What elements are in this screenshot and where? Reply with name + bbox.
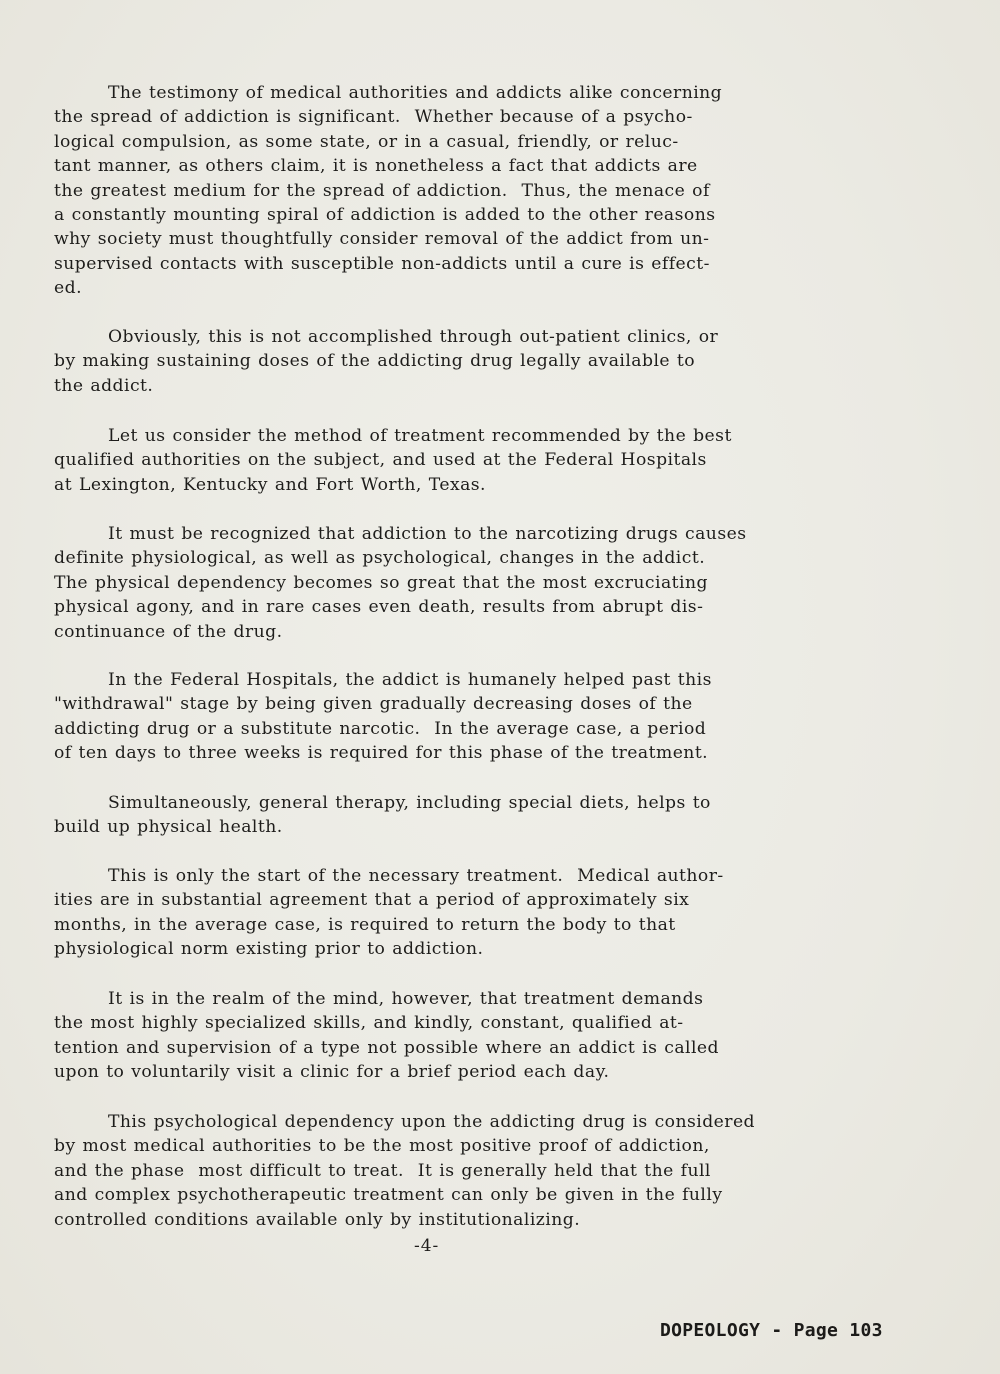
text-line: continuance of the drug. [54, 620, 747, 644]
text-line: tant manner, as others claim, it is none… [54, 154, 722, 178]
text-line: the greatest medium for the spread of ad… [54, 179, 722, 203]
text-line: at Lexington, Kentucky and Fort Worth, T… [54, 473, 732, 497]
text-line: the spread of addiction is significant. … [54, 105, 722, 129]
text-line: Simultaneously, general therapy, includi… [54, 791, 711, 815]
text-line: It must be recognized that addiction to … [54, 522, 747, 546]
text-line: the addict. [54, 374, 718, 398]
text-line: months, in the average case, is required… [54, 913, 724, 937]
text-line: ities are in substantial agreement that … [54, 888, 724, 912]
text-line: This is only the start of the necessary … [54, 864, 724, 888]
footer-title: DOPEOLOGY - Page 103 [660, 1320, 883, 1341]
text-line: It is in the realm of the mind, however,… [54, 987, 719, 1011]
text-line: logical compulsion, as some state, or in… [54, 130, 722, 154]
paragraph-6: Simultaneously, general therapy, includi… [54, 791, 711, 840]
text-line: upon to voluntarily visit a clinic for a… [54, 1060, 719, 1084]
text-line: a constantly mounting spiral of addictio… [54, 203, 722, 227]
text-line: of ten days to three weeks is required f… [54, 741, 712, 765]
text-line: The physical dependency becomes so great… [54, 571, 747, 595]
text-line: Obviously, this is not accomplished thro… [54, 325, 718, 349]
text-line: why society must thoughtfully consider r… [54, 227, 722, 251]
text-line: the most highly specialized skills, and … [54, 1011, 719, 1035]
text-line: ed. [54, 276, 722, 300]
text-line: addicting drug or a substitute narcotic.… [54, 717, 712, 741]
paragraph-5: In the Federal Hospitals, the addict is … [54, 668, 712, 766]
text-line: The testimony of medical authorities and… [54, 81, 722, 105]
paragraph-4: It must be recognized that addiction to … [54, 522, 747, 644]
paragraph-8: It is in the realm of the mind, however,… [54, 987, 719, 1085]
paragraph-9: This psychological dependency upon the a… [54, 1110, 755, 1232]
scanned-page: The testimony of medical authorities and… [0, 0, 1000, 1374]
text-line: This psychological dependency upon the a… [54, 1110, 755, 1134]
page-number: -4- [414, 1236, 439, 1256]
paragraph-3: Let us consider the method of treatment … [54, 424, 732, 497]
text-line: supervised contacts with susceptible non… [54, 252, 722, 276]
text-line: controlled conditions available only by … [54, 1208, 755, 1232]
paragraph-1: The testimony of medical authorities and… [54, 81, 722, 301]
text-line: definite physiological, as well as psych… [54, 546, 747, 570]
text-line: by most medical authorities to be the mo… [54, 1134, 755, 1158]
text-line: by making sustaining doses of the addict… [54, 349, 718, 373]
text-line: and complex psychotherapeutic treatment … [54, 1183, 755, 1207]
text-line: build up physical health. [54, 815, 711, 839]
text-line: In the Federal Hospitals, the addict is … [54, 668, 712, 692]
text-line: qualified authorities on the subject, an… [54, 448, 732, 472]
text-line: physiological norm existing prior to add… [54, 937, 724, 961]
text-line: Let us consider the method of treatment … [54, 424, 732, 448]
text-line: physical agony, and in rare cases even d… [54, 595, 747, 619]
paragraph-2: Obviously, this is not accomplished thro… [54, 325, 718, 398]
text-line: and the phase most difficult to treat. I… [54, 1159, 755, 1183]
text-line: tention and supervision of a type not po… [54, 1036, 719, 1060]
text-line: "withdrawal" stage by being given gradua… [54, 692, 712, 716]
paragraph-7: This is only the start of the necessary … [54, 864, 724, 962]
